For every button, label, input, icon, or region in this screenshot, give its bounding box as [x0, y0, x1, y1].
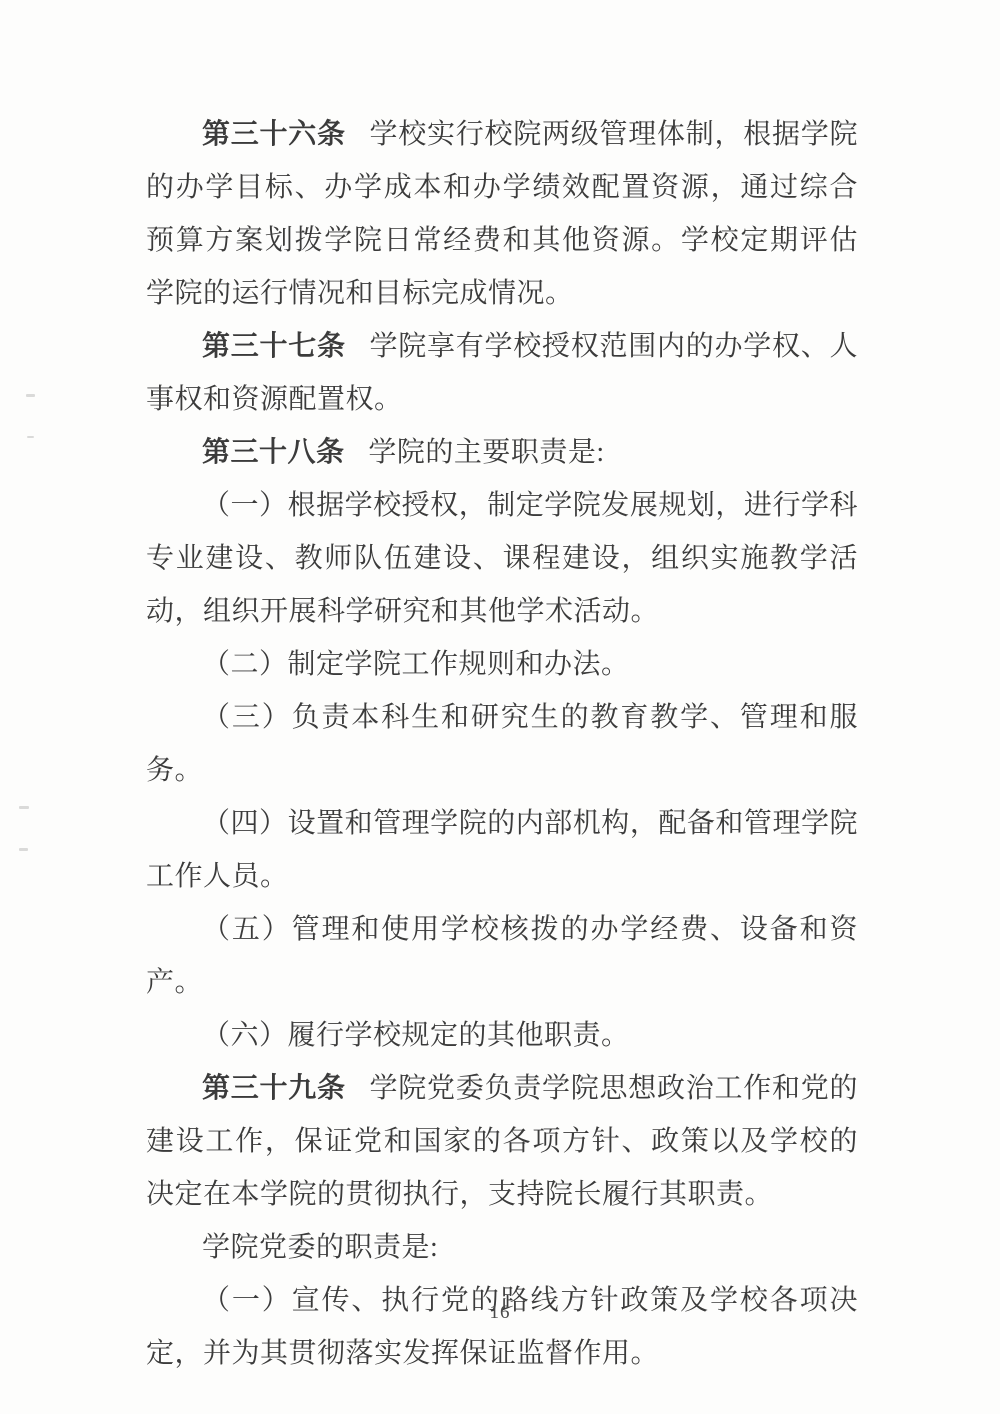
- scan-artifact: [27, 436, 34, 438]
- paragraph: 第三十九条学院党委负责学院思想政治工作和党的建设工作，保证党和国家的各项方针、政…: [146, 1062, 858, 1221]
- article-number: 第三十九条: [202, 1073, 346, 1104]
- scan-artifact: [19, 806, 29, 809]
- paragraph: （一）根据学校授权，制定学院发展规划，进行学科专业建设、教师队伍建设、课程建设，…: [146, 479, 858, 638]
- page-number: 16: [0, 1302, 1000, 1324]
- paragraph: （四）设置和管理学院的内部机构，配备和管理学院工作人员。: [146, 797, 858, 903]
- article-number: 第三十八条: [202, 437, 345, 468]
- paragraph-text: （三）负责本科生和研究生的教育教学、管理和服务。: [146, 702, 858, 786]
- paragraph-text: （二）制定学院工作规则和办法。: [202, 649, 630, 680]
- paragraph: （五）管理和使用学校核拨的办学经费、设备和资产。: [146, 903, 858, 1009]
- paragraph-text: （五）管理和使用学校核拨的办学经费、设备和资产。: [146, 914, 858, 998]
- paragraph: 第三十六条学校实行校院两级管理体制，根据学院的办学目标、办学成本和办学绩效配置资…: [146, 108, 858, 320]
- paragraph-text: （一）根据学校授权，制定学院发展规划，进行学科专业建设、教师队伍建设、课程建设，…: [146, 490, 858, 627]
- article-number: 第三十六条: [202, 119, 346, 150]
- article-number: 第三十七条: [202, 331, 346, 362]
- paragraph: 第三十七条学院享有学校授权范围内的办学权、人事权和资源配置权。: [146, 320, 858, 426]
- paragraph-text: 学院党委的职责是:: [202, 1232, 438, 1263]
- paragraph-text: （四）设置和管理学院的内部机构，配备和管理学院工作人员。: [146, 808, 858, 892]
- paragraph: （二）制定学院工作规则和办法。: [146, 638, 858, 691]
- paragraph-text: （六）履行学校规定的其他职责。: [202, 1020, 630, 1051]
- text-block: 第三十六条学校实行校院两级管理体制，根据学院的办学目标、办学成本和办学绩效配置资…: [146, 108, 858, 1380]
- scan-artifact: [19, 848, 28, 851]
- paragraph-text: （一）宣传、执行党的路线方针政策及学校各项决定，并为其贯彻落实发挥保证监督作用。: [146, 1285, 858, 1369]
- scan-artifact: [26, 394, 35, 397]
- document-page: 第三十六条学校实行校院两级管理体制，根据学院的办学目标、办学成本和办学绩效配置资…: [0, 0, 1000, 1414]
- paragraph: 第三十八条学院的主要职责是:: [146, 426, 858, 479]
- paragraph: 学院党委的职责是:: [146, 1221, 858, 1274]
- paragraph-text: 学院的主要职责是:: [368, 437, 604, 468]
- paragraph: （六）履行学校规定的其他职责。: [146, 1009, 858, 1062]
- paragraph: （一）宣传、执行党的路线方针政策及学校各项决定，并为其贯彻落实发挥保证监督作用。: [146, 1274, 858, 1380]
- paragraph: （三）负责本科生和研究生的教育教学、管理和服务。: [146, 691, 858, 797]
